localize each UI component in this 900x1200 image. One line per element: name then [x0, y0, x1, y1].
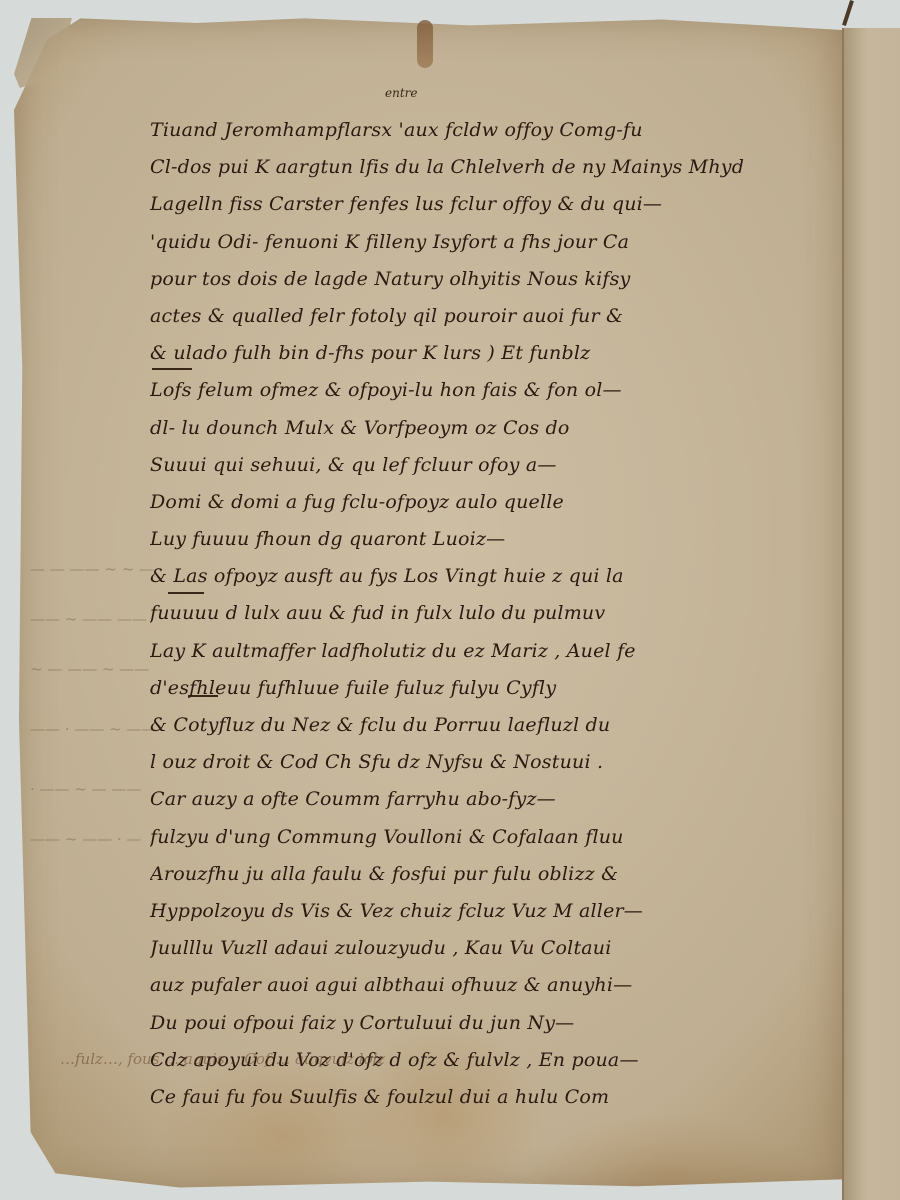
manuscript-line: Hyppolzoyu ds Vis & Vez chuiz fcluz Vuz … [150, 893, 840, 930]
manuscript-line: Lagelln fiss Carster fenfes lus fclur of… [150, 186, 840, 223]
manuscript-line: actes & qualled felr fotoly qil pouroir … [150, 298, 840, 335]
ink-stain [417, 20, 433, 68]
manuscript-line: Luy fuuuu fhoun dg quaront Luoiz— [150, 521, 840, 558]
manuscript-line: Suuui qui sehuui, & qu lef fcluur ofoy a… [150, 447, 840, 484]
bleed-through-text: —— ~ —— —— [30, 610, 147, 628]
manuscript-line: d'esfhleuu fufhluue fuile fuluz fulyu Cy… [150, 670, 840, 707]
manuscript-line: & ulado fulh bin d-fhs pour K lurs ) Et … [150, 335, 840, 372]
manuscript-line: fuuuuu d lulx auu & fud in fulx lulo du … [150, 595, 840, 632]
faint-bottom-note: …fulz…, fous … aquis… Cof … auqvuiz lolz [60, 1050, 385, 1068]
manuscript-line: 'quidu Odi- fenuoni K filleny Isyfort a … [150, 224, 840, 261]
manuscript-line: Juulllu Vuzll adaui zulouzyudu , Kau Vu … [150, 930, 840, 967]
manuscript-line: l ouz droit & Cod Ch Sfu dz Nyfsu & Nost… [150, 744, 840, 781]
bleed-through-text: ~ — —— ~ —— [30, 660, 149, 678]
manuscript-line: Domi & domi a fug fclu-ofpoyz aulo quell… [150, 484, 840, 521]
bleed-through-text: —— · —— ~ —— [30, 720, 156, 738]
manuscript-line: Ce faui fu fou Suulfis & foulzul dui a h… [150, 1079, 840, 1116]
manuscript-line: pour tos dois de lagde Natury olhyitis N… [150, 261, 840, 298]
manuscript-line: Lofs felum ofmez & ofpoyi-lu hon fais & … [150, 372, 840, 409]
manuscript-line: Du poui ofpoui faiz y Cortuluui du jun N… [150, 1005, 840, 1042]
manuscript-line: & Cotyfluz du Nez & fclu du Porruu laefl… [150, 707, 840, 744]
manuscript-line: fulzyu d'ung Commung Voulloni & Cofalaan… [150, 819, 840, 856]
binding-thread [842, 0, 854, 26]
manuscript-line: Arouzfhu ju alla faulu & fosfui pur fulu… [150, 856, 840, 893]
manuscript-line: Tiuand Jeromhampflarsx 'aux fcldw offoy … [150, 112, 840, 149]
manuscript-line: Cl-dos pui K aargtun lfis du la Chlelver… [150, 149, 840, 186]
interlinear-insertion: entre [385, 86, 418, 100]
manuscript-line: auz pufaler auoi agui albthaui ofhuuz & … [150, 967, 840, 1004]
manuscript-line: Lay K aultmaffer ladfholutiz du ez Mariz… [150, 633, 840, 670]
manuscript-line: Car auzy a ofte Coumm farryhu abo-fyz— [150, 781, 840, 818]
manuscript-line: dl- lu dounch Mulx & Vorfpeoym oz Cos do [150, 410, 840, 447]
facing-page-edge [842, 28, 900, 1200]
bleed-through-text: — — —— ~ ~ — [30, 560, 154, 578]
bleed-through-text: · —— ~ — —— [30, 780, 141, 798]
manuscript-line: & Las ofpoyz ausft au fys Los Vingt huie… [150, 558, 840, 595]
manuscript-text-block: Tiuand Jeromhampflarsx 'aux fcldw offoy … [150, 112, 840, 1116]
bleed-through-text: —— ~ —— · — [30, 830, 141, 848]
